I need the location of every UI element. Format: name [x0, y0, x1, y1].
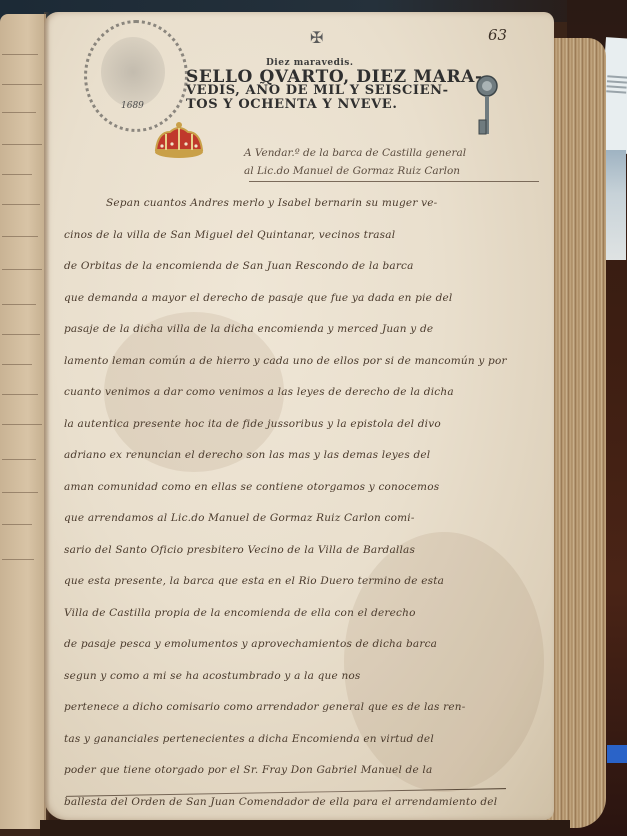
heading-note-line-2: al Lic.do Manuel de Gormaz Ruiz Carlon — [244, 162, 544, 180]
body-line: tas y gananciales pertenecientes a dicha… — [64, 724, 534, 756]
body-line: la autentica presente hoc ita de fide ju… — [64, 409, 534, 441]
blue-object — [607, 745, 627, 763]
body-line: poder que tiene otorgado por el Sr. Fray… — [64, 755, 534, 787]
stamp-title: SELLO QVARTO, DIEZ MARA- VEDIS, AÑO DE M… — [186, 70, 486, 112]
body-line: Sepan cuantos Andres merlo y Isabel bern… — [64, 188, 534, 220]
stamp-title-line-2: VEDIS, AÑO DE MIL Y SEISCIEN- — [186, 84, 486, 98]
stamp-title-line-1: SELLO QVARTO, DIEZ MARA- — [186, 70, 486, 84]
left-facing-page — [0, 14, 46, 829]
cross-icon: ✠ — [310, 28, 323, 47]
body-line: lamento leman común a de hierro y cada u… — [64, 346, 534, 378]
royal-arms-seal-icon: 1689 — [84, 20, 188, 132]
body-line: segun y como a mi se ha acostumbrado y a… — [64, 661, 534, 693]
seal-year: 1689 — [121, 101, 144, 111]
body-line: cinos de la villa de San Miguel del Quin… — [64, 220, 534, 252]
body-line: aman comunidad como en ellas se contiene… — [64, 472, 534, 504]
heading-underline — [249, 181, 539, 182]
document-page: 1689 ✠ Diez maravedis. SELLO QVARTO, DIE… — [44, 12, 554, 820]
royal-crown-icon — [152, 122, 206, 160]
body-line: Villa de Castilla propia de la encomiend… — [64, 598, 534, 630]
heading-note: A Vendar.º de la barca de Castilla gener… — [244, 144, 544, 180]
body-line: que arrendamos al Lic.do Manuel de Gorma… — [64, 503, 534, 535]
body-line: sario del Santo Oficio presbitero Vecino… — [64, 535, 534, 567]
heading-note-line-1: A Vendar.º de la barca de Castilla gener… — [244, 144, 544, 162]
manuscript-body: Sepan cuantos Andres merlo y Isabel bern… — [64, 188, 534, 818]
body-line: pertenece a dicho comisario como arrenda… — [64, 692, 534, 724]
folio-number: 63 — [488, 26, 507, 44]
bottom-shadow — [40, 820, 570, 836]
body-line: cuanto venimos a dar como venimos a las … — [64, 377, 534, 409]
body-line: de pasaje pesca y emolumentos y aprovech… — [64, 629, 534, 661]
stamp-title-line-3: TOS Y OCHENTA Y NVEVE. — [186, 98, 486, 112]
body-line: que demanda a mayor el derecho de pasaje… — [64, 283, 534, 315]
key-icon — [476, 74, 498, 138]
body-line: pasaje de la dicha villa de la dicha enc… — [64, 314, 534, 346]
body-line: que esta presente, la barca que esta en … — [64, 566, 534, 598]
body-line: adriano ex renuncian el derecho son las … — [64, 440, 534, 472]
body-line: de Orbitas de la encomienda de San Juan … — [64, 251, 534, 283]
